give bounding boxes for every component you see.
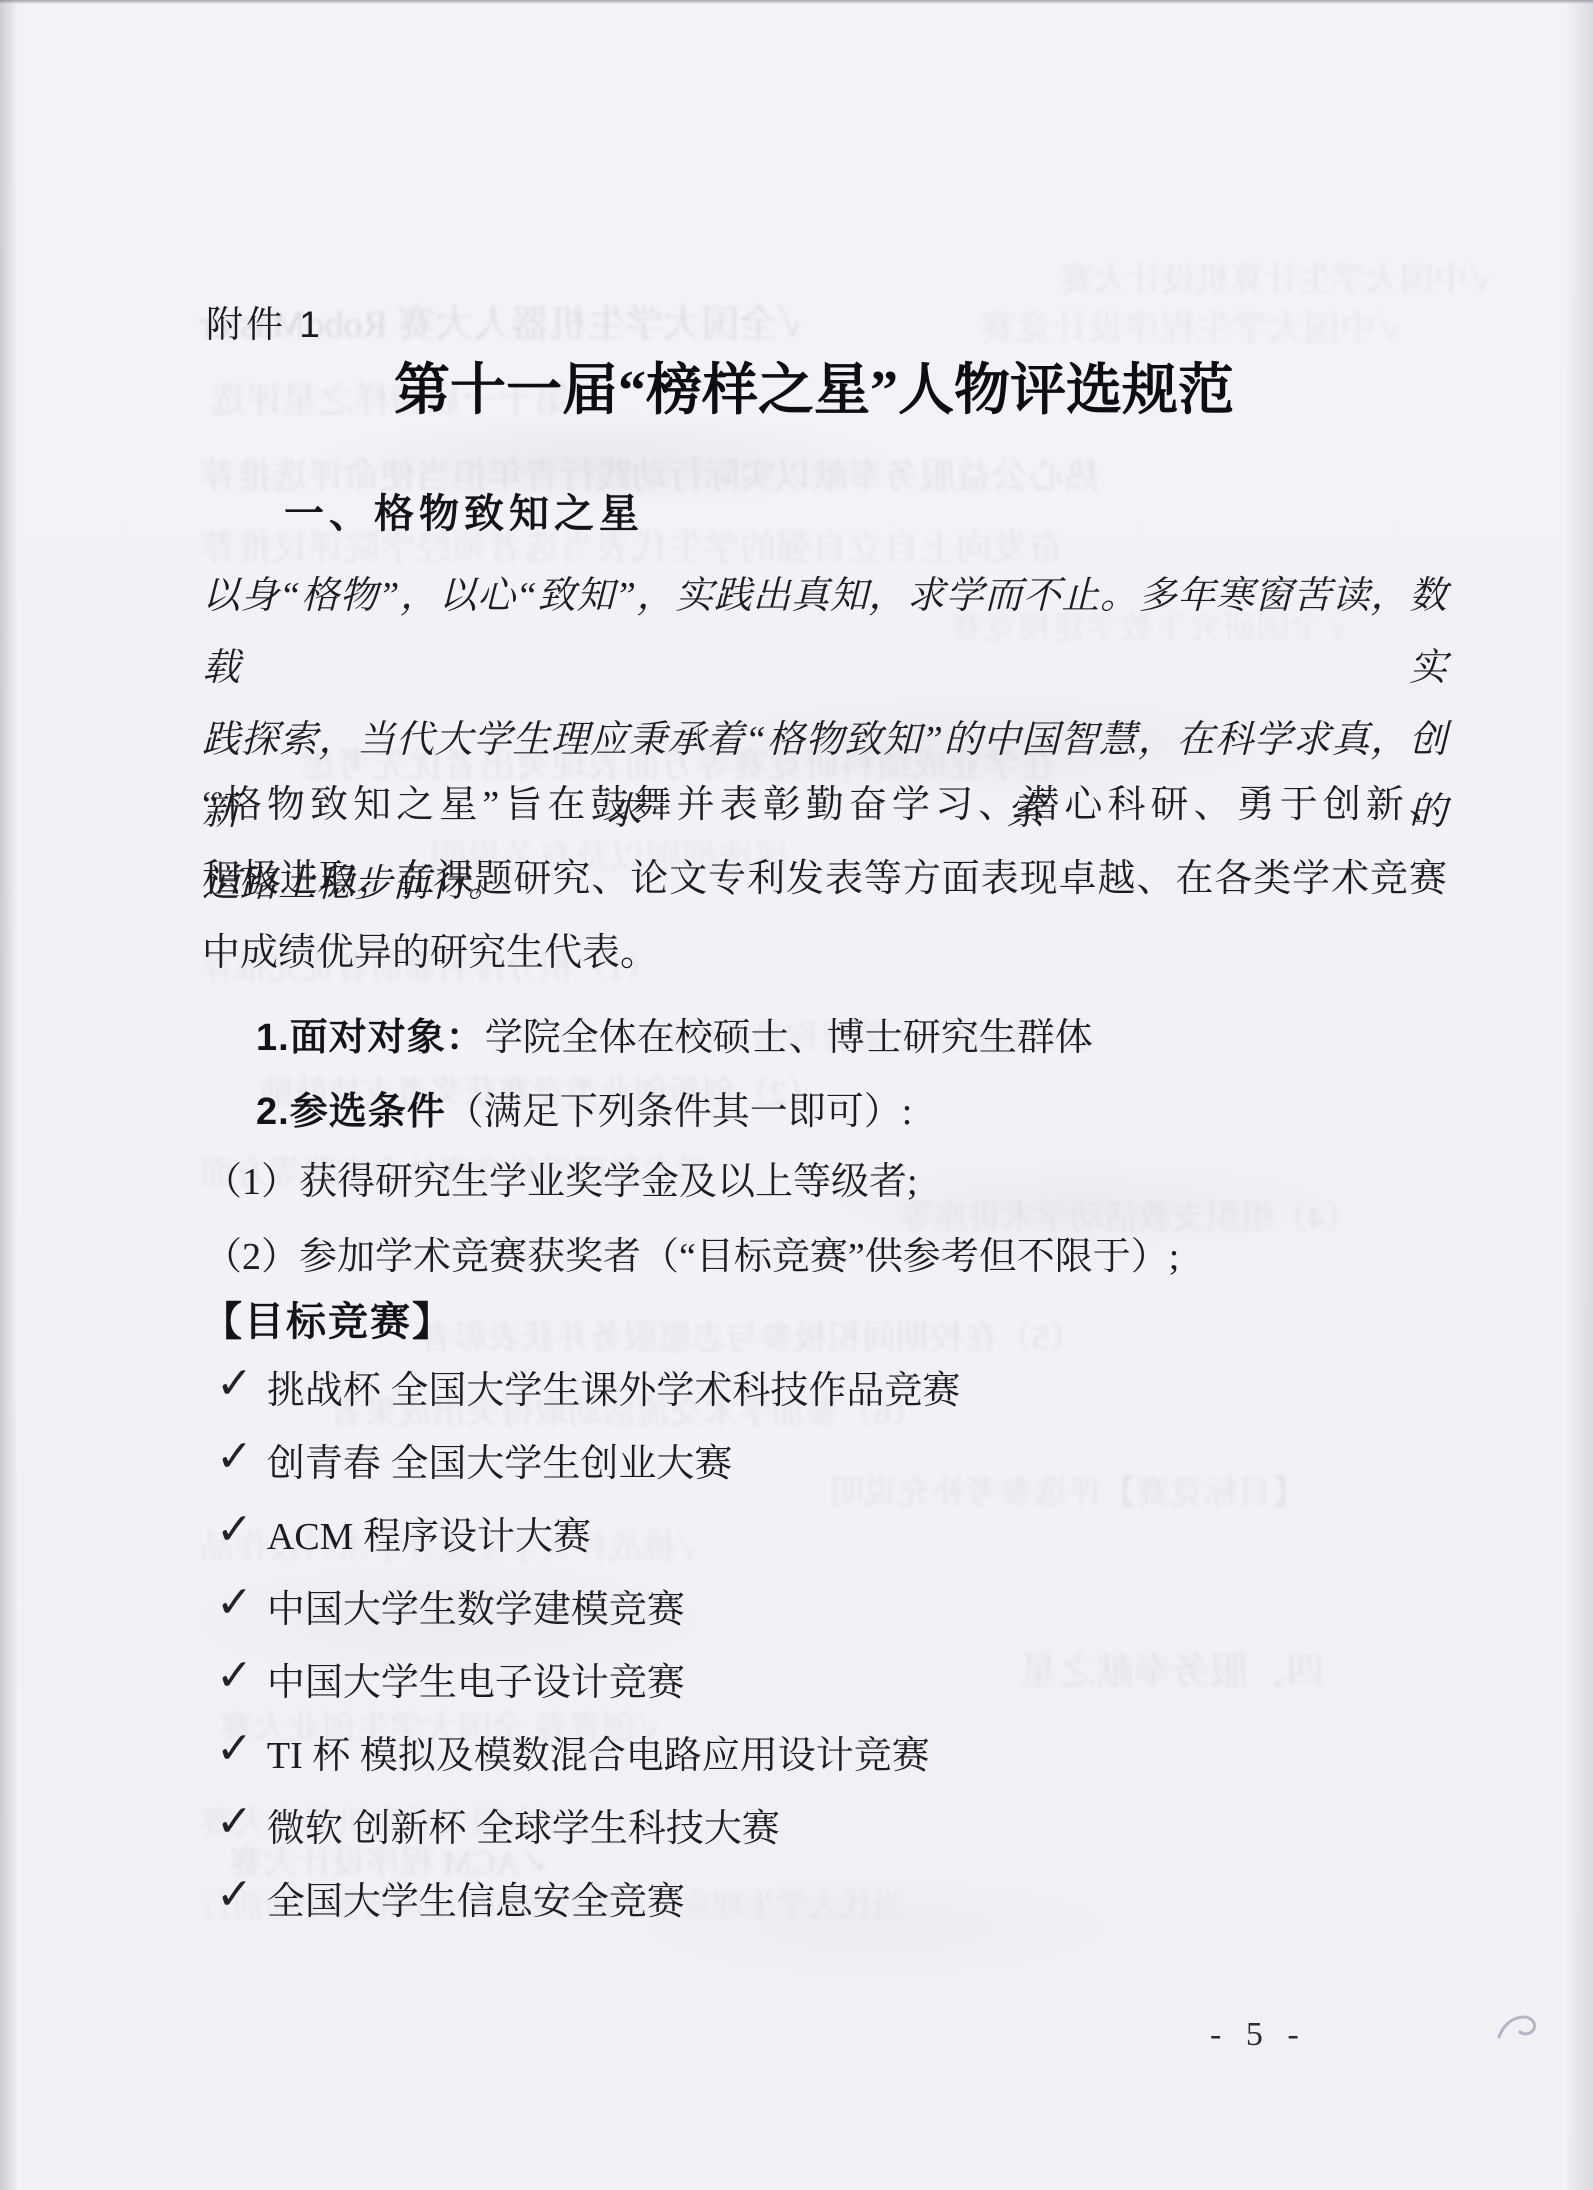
eligibility-line: 2.参选条件（满足下列条件其一即可）: bbox=[256, 1080, 912, 1135]
check-icon: ✓ bbox=[216, 1358, 253, 1409]
competition-name: 中国大学生电子设计竞赛 bbox=[267, 1651, 685, 1706]
target-audience-text: 学院全体在校硕士、博士研究生群体 bbox=[485, 1017, 1093, 1059]
competition-item: ✓ 全国大学生信息安全竞赛 bbox=[216, 1861, 960, 1934]
scanned-document-page: ✓中国大学生计算机设计大赛✓全国大学生机器人大赛 RoboMaster✓中国大学… bbox=[0, 0, 1593, 2190]
check-icon: ✓ bbox=[216, 1796, 253, 1847]
competition-name: 挑战杯 全国大学生课外学术科技作品竞赛 bbox=[267, 1359, 961, 1414]
eligibility-label: 2.参选条件 bbox=[256, 1091, 446, 1133]
scan-edge-left bbox=[0, 0, 18, 2190]
scan-edge-right bbox=[1565, 0, 1593, 2190]
competition-item: ✓ TI 杯 模拟及模数混合电路应用设计竞赛 bbox=[216, 1715, 960, 1788]
description-paragraph: “格物致知之星”旨在鼓舞并表彰勤奋学习、潜心科研、勇于创新、积极进取，在课题研究… bbox=[202, 768, 1447, 990]
pen-scribble-mark bbox=[1496, 2010, 1540, 2042]
competition-item: ✓ 挑战杯 全国大学生课外学术科技作品竞赛 bbox=[216, 1350, 960, 1423]
target-competitions-header: 【目标竞赛】 bbox=[202, 1290, 454, 1347]
paragraph-line: “格物致知之星”旨在鼓舞并表彰勤奋学习、潜心科研、勇于创新、 bbox=[202, 768, 1447, 842]
condition-1: （1）获得研究生学业奖学金及以上等级者; bbox=[204, 1150, 918, 1205]
check-icon: ✓ bbox=[216, 1869, 253, 1920]
check-icon: ✓ bbox=[216, 1504, 253, 1555]
section-heading: 一、格物致知之星 bbox=[284, 482, 644, 539]
document-content: 附件 1 第十一届“榜样之星”人物评选规范 一、格物致知之星 以身“格物”，以心… bbox=[0, 0, 1593, 2190]
paragraph-line: 以身“格物”，以心“致知”，实践出真知，求学而不止。多年寒窗苦读，数载实 bbox=[202, 560, 1447, 704]
competition-name: 创青春 全国大学生创业大赛 bbox=[267, 1432, 733, 1487]
check-icon: ✓ bbox=[216, 1431, 253, 1482]
competition-list: ✓ 挑战杯 全国大学生课外学术科技作品竞赛 ✓ 创青春 全国大学生创业大赛 ✓ … bbox=[216, 1350, 960, 1934]
eligibility-text: （满足下列条件其一即可）: bbox=[446, 1091, 913, 1133]
target-audience-line: 1.面对对象：学院全体在校硕士、博士研究生群体 bbox=[256, 1006, 1093, 1061]
competition-item: ✓ ACM 程序设计大赛 bbox=[216, 1496, 960, 1569]
competition-name: ACM 程序设计大赛 bbox=[267, 1505, 591, 1560]
competition-name: 全国大学生信息安全竞赛 bbox=[267, 1870, 685, 1925]
competition-item: ✓ 创青春 全国大学生创业大赛 bbox=[216, 1423, 960, 1496]
check-icon: ✓ bbox=[216, 1577, 253, 1628]
check-icon: ✓ bbox=[216, 1723, 253, 1774]
target-audience-label: 1.面对对象： bbox=[256, 1017, 485, 1059]
check-icon: ✓ bbox=[216, 1650, 253, 1701]
scan-edge-top bbox=[0, 0, 1593, 4]
paragraph-line: 中成绩优异的研究生代表。 bbox=[202, 916, 1447, 990]
document-title: 第十一届“榜样之星”人物评选规范 bbox=[394, 346, 1234, 426]
competition-item: ✓ 中国大学生数学建模竞赛 bbox=[216, 1569, 960, 1642]
competition-item: ✓ 微软 创新杯 全球学生科技大赛 bbox=[216, 1788, 960, 1861]
attachment-label: 附件 1 bbox=[206, 294, 323, 348]
competition-name: 微软 创新杯 全球学生科技大赛 bbox=[267, 1797, 780, 1852]
page-number: - 5 - bbox=[1210, 2016, 1307, 2054]
competition-name: 中国大学生数学建模竞赛 bbox=[267, 1578, 685, 1633]
competition-name: TI 杯 模拟及模数混合电路应用设计竞赛 bbox=[267, 1724, 930, 1779]
paragraph-line: 积极进取，在课题研究、论文专利发表等方面表现卓越、在各类学术竞赛 bbox=[202, 842, 1447, 916]
competition-item: ✓ 中国大学生电子设计竞赛 bbox=[216, 1642, 960, 1715]
condition-2: （2）参加学术竞赛获奖者（“目标竞赛”供参考但不限于）; bbox=[204, 1225, 1179, 1280]
